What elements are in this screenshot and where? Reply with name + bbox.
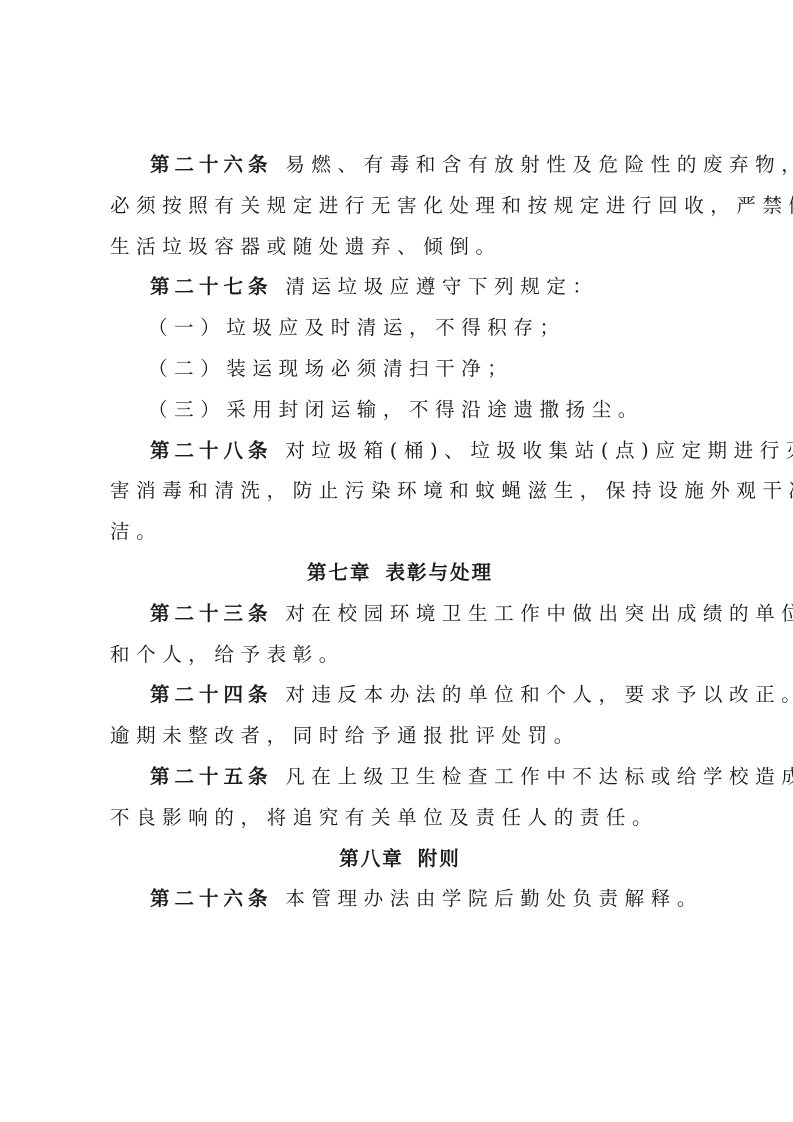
paragraph-line: 洁。 — [110, 512, 700, 553]
article-26-interpretation: 第二十六条 本管理办法由学院后勤处负责解释。 — [110, 879, 700, 920]
chapter-7-heading: 第七章表彰与处理 — [110, 553, 700, 594]
article-number: 第二十四条 — [150, 683, 273, 706]
chapter-title: 附则 — [418, 847, 461, 870]
article-text: 清运垃圾应遵守下列规定： — [273, 275, 599, 298]
article-text: 易燃、有毒和含有放射性及危险性的废弃物， — [273, 153, 793, 176]
article-text: 对在校园环境卫生工作中做出突出成绩的单位 — [273, 602, 793, 625]
article-27-garbage-transport: 第二十七条 清运垃圾应遵守下列规定： （一）垃圾应及时清运，不得积存； （二）装… — [110, 267, 700, 430]
paragraph-line: 逾期未整改者，同时给予通报批评处罚。 — [110, 716, 700, 757]
paragraph-line: 和个人，给予表彰。 — [110, 635, 700, 676]
article-number: 第二十六条 — [150, 887, 273, 910]
chapter-8-heading: 第八章附则 — [110, 839, 700, 880]
document-page: 第二十六条 易燃、有毒和含有放射性及危险性的废弃物， 必须按照有关规定进行无害化… — [110, 145, 700, 920]
article-number: 第二十三条 — [150, 602, 273, 625]
paragraph-line: 第二十四条 对违反本办法的单位和个人，要求予以改正。 — [110, 675, 700, 716]
paragraph-line: 不良影响的，将追究有关单位及责任人的责任。 — [110, 798, 700, 839]
article-number: 第二十六条 — [150, 153, 273, 176]
paragraph-line: 第二十三条 对在校园环境卫生工作中做出突出成绩的单位 — [110, 594, 700, 635]
paragraph-line: 第二十七条 清运垃圾应遵守下列规定： — [110, 267, 700, 308]
article-number: 第二十七条 — [150, 275, 273, 298]
paragraph-line: 必须按照有关规定进行无害化处理和按规定进行回收，严禁倒入 — [110, 186, 700, 227]
article-number: 第二十八条 — [150, 439, 273, 462]
article-text: 本管理办法由学院后勤处负责解释。 — [273, 887, 703, 910]
chapter-number: 第八章 — [339, 847, 404, 870]
paragraph-line: 第二十五条 凡在上级卫生检查工作中不达标或给学校造成 — [110, 757, 700, 798]
paragraph-line: 生活垃圾容器或随处遗弃、倾倒。 — [110, 227, 700, 268]
list-item: （一）垃圾应及时清运，不得积存； — [110, 308, 700, 349]
article-text: 对违反本办法的单位和个人，要求予以改正。 — [273, 683, 793, 706]
article-28-disinfection: 第二十八条 对垃圾箱(桶)、垃圾收集站(点)应定期进行灭 害消毒和清洗，防止污染… — [110, 431, 700, 553]
paragraph-line: 第二十六条 本管理办法由学院后勤处负责解释。 — [110, 879, 700, 920]
article-text: 对垃圾箱(桶)、垃圾收集站(点)应定期进行灭 — [273, 439, 793, 462]
article-number: 第二十五条 — [150, 765, 273, 788]
article-26-hazardous-waste: 第二十六条 易燃、有毒和含有放射性及危险性的废弃物， 必须按照有关规定进行无害化… — [110, 145, 700, 267]
paragraph-line: 害消毒和清洗，防止污染环境和蚊蝇滋生，保持设施外观干净整 — [110, 471, 700, 512]
chapter-title: 表彰与处理 — [386, 561, 494, 584]
paragraph-line: 第二十六条 易燃、有毒和含有放射性及危险性的废弃物， — [110, 145, 700, 186]
article-text: 凡在上级卫生检查工作中不达标或给学校造成 — [273, 765, 793, 788]
paragraph-line: 第二十八条 对垃圾箱(桶)、垃圾收集站(点)应定期进行灭 — [110, 431, 700, 472]
article-23-commendation: 第二十三条 对在校园环境卫生工作中做出突出成绩的单位 和个人，给予表彰。 — [110, 594, 700, 676]
chapter-number: 第七章 — [307, 561, 372, 584]
article-24-violations: 第二十四条 对违反本办法的单位和个人，要求予以改正。 逾期未整改者，同时给予通报… — [110, 675, 700, 757]
article-25-accountability: 第二十五条 凡在上级卫生检查工作中不达标或给学校造成 不良影响的，将追究有关单位… — [110, 757, 700, 839]
list-item: （二）装运现场必须清扫干净； — [110, 349, 700, 390]
list-item: （三）采用封闭运输，不得沿途遗撒扬尘。 — [110, 390, 700, 431]
